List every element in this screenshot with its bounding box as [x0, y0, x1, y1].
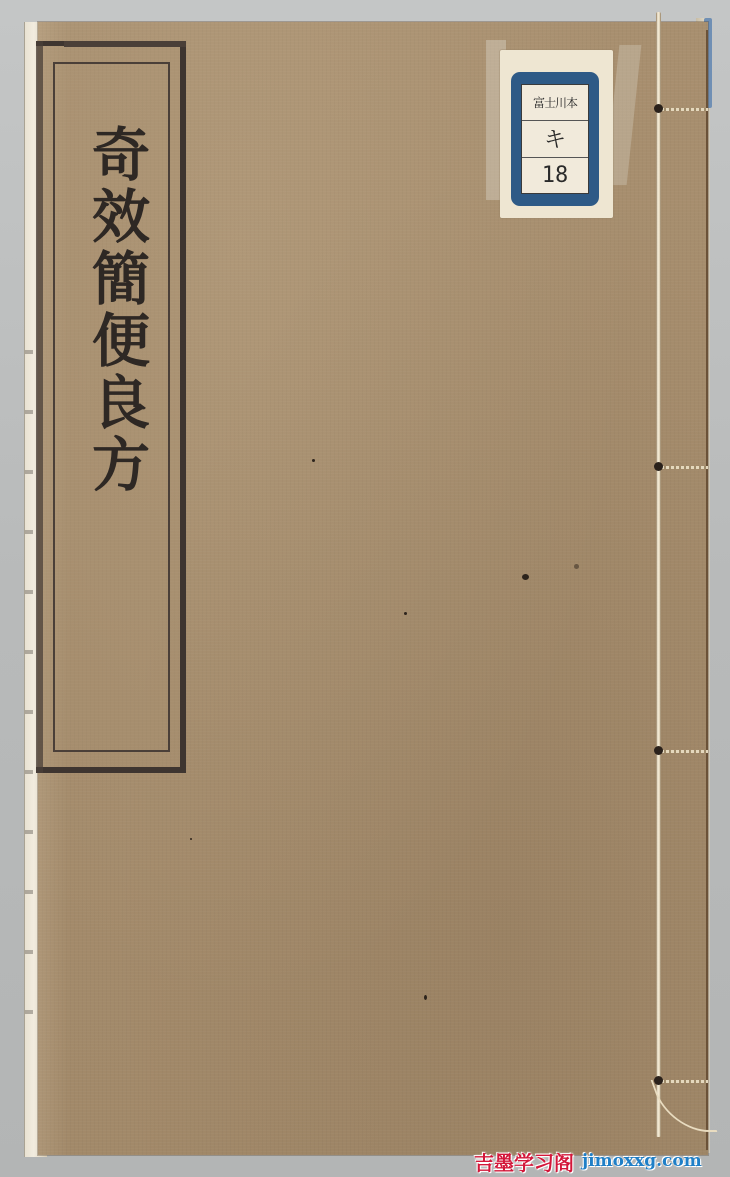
watermark: 吉墨学习阁 jimoxxg.com [474, 1147, 702, 1175]
title-slip-top-rule [64, 41, 186, 47]
label-class-mark: キ [522, 121, 588, 157]
binding-stitch [656, 750, 708, 753]
watermark-chinese: 吉墨学习阁 [474, 1147, 574, 1176]
watermark-domain: jimoxxg.com [582, 1151, 702, 1171]
binding-hole [654, 462, 663, 471]
label-owner: 富士川本 [522, 85, 588, 121]
binding-hole [654, 746, 663, 755]
title-slip-left-rule [36, 41, 43, 773]
library-label-inner: 富士川本 キ 18 [521, 84, 589, 194]
binding-hole [654, 104, 663, 113]
page-edge-ink-marks [25, 320, 33, 1060]
binding-thread [656, 12, 661, 1137]
binding-stitch [656, 108, 708, 111]
label-number: 18 [522, 158, 588, 193]
cover-right-edge [706, 30, 708, 1150]
book-title: 奇效簡便良方 [72, 80, 152, 540]
binding-stitch [656, 466, 708, 469]
